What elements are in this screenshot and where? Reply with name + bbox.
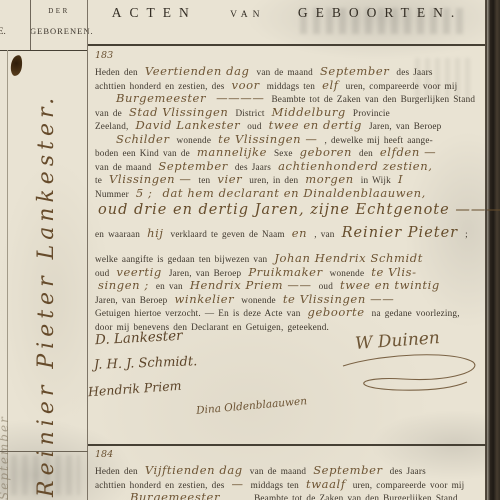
signature-mother: Dina Oldenblaauwen xyxy=(196,395,308,417)
record-183: 183 Heden den Veertienden dag van de maa… xyxy=(95,50,487,330)
record-line: welke aangifte is gedaan ten bijwezen va… xyxy=(95,249,487,263)
title-word: VAN xyxy=(230,10,264,20)
title-word: GEBOORTEN. xyxy=(298,5,462,20)
page-title: ACTEN VAN GEBOORTEN. xyxy=(88,5,486,21)
cutoff-column-fragment: E. xyxy=(0,26,6,36)
record-line: Schilder wonende te Vlissingen — , dewel… xyxy=(95,130,487,144)
record-line: van de maand September des Jaars achtien… xyxy=(95,157,487,171)
record-line: oud veertig Jaren, van Beroep Pruikmaker… xyxy=(95,263,487,277)
margin-faint-note: September xyxy=(0,320,11,500)
record-line: boden een Kind van de mannelijke Sexe ge… xyxy=(95,143,487,157)
signature-declarant: D. Lankester xyxy=(95,328,183,349)
handwritten-text: Burgemeester xyxy=(130,490,220,500)
printed-text: Beambte tot de Zaken van den Burgerlijke… xyxy=(254,493,458,500)
record-line: Burgemeester Beambte tot de Zaken van de… xyxy=(95,488,487,500)
record-line: Heden den Vijftienden dag van de maand S… xyxy=(95,461,487,475)
record-line: Zeeland, David Lankester oud twee en der… xyxy=(95,116,487,130)
title-rule xyxy=(88,44,486,46)
record-divider-rule-left xyxy=(0,451,88,452)
handwritten-text: dat hem declarant en Dinaldenblaauwen, xyxy=(163,186,426,200)
title-rule-left xyxy=(0,50,88,51)
title-word: ACTEN xyxy=(112,5,197,20)
handwritten-text: 5 ; xyxy=(136,186,153,200)
record-divider-rule xyxy=(88,444,486,446)
handwritten-text: Reinier Pieter xyxy=(342,225,459,241)
binding-gutter-shadow xyxy=(485,0,500,500)
register-column-label: GEBORENEN. xyxy=(30,26,88,36)
margin-child-name: Reinier Pieter Lankester. xyxy=(34,77,59,497)
handwritten-text: oud drie en dertig Jaren, zijne Echtgeno… xyxy=(98,202,500,218)
record-line: van de Stad Vlissingen District Middelbu… xyxy=(95,103,487,117)
record-line: Burgemeester ———— Beambte tot de Zaken v… xyxy=(95,89,487,103)
header-column-divider xyxy=(30,0,31,51)
printed-text: ; xyxy=(465,229,468,239)
printed-text: en waaraan xyxy=(95,229,140,239)
margin-column-divider xyxy=(87,0,88,500)
printed-text: , van xyxy=(314,229,334,239)
signature-witness-1: J. H. J. Schmidt. xyxy=(94,354,198,373)
record-number: 184 xyxy=(95,449,487,461)
ink-blot xyxy=(10,54,24,76)
record-line: singen ; en van Hendrix Priem —— oud twe… xyxy=(95,276,487,290)
record-line: Nummer 5 ; dat hem declarant en Dinalden… xyxy=(95,184,487,198)
birth-register-page: E. DER GEBORENEN. ACTEN VAN GEBOORTEN. R… xyxy=(0,0,500,500)
signature-flourish xyxy=(335,348,485,396)
record-184: 184 Heden den Vijftienden dag van de maa… xyxy=(95,449,487,500)
record-line: oud drie en dertig Jaren, zijne Echtgeno… xyxy=(95,201,487,219)
record-line: en waaraan hij verklaard te geven de Naa… xyxy=(95,224,487,243)
signature-witness-2: Hendrik Priem xyxy=(88,378,182,399)
handwritten-text: hij xyxy=(147,226,163,240)
handwritten-text: en xyxy=(292,226,307,240)
register-column-label: DER xyxy=(30,7,88,15)
record-line: Heden den Veertienden dag van de maand S… xyxy=(95,62,487,76)
printed-text: verklaard te geven de Naam xyxy=(171,229,285,239)
record-number: 183 xyxy=(95,50,487,62)
record-line: Getuigen hiertoe verzocht. — En is deze … xyxy=(95,303,487,317)
printed-text: na gedane voorlezing, xyxy=(372,308,460,318)
record-line: achttien honderd en zestien, des voor mi… xyxy=(95,76,487,90)
record-line: achttien honderd en zestien, des — midda… xyxy=(95,475,487,489)
printed-text: Nummer xyxy=(95,189,129,199)
